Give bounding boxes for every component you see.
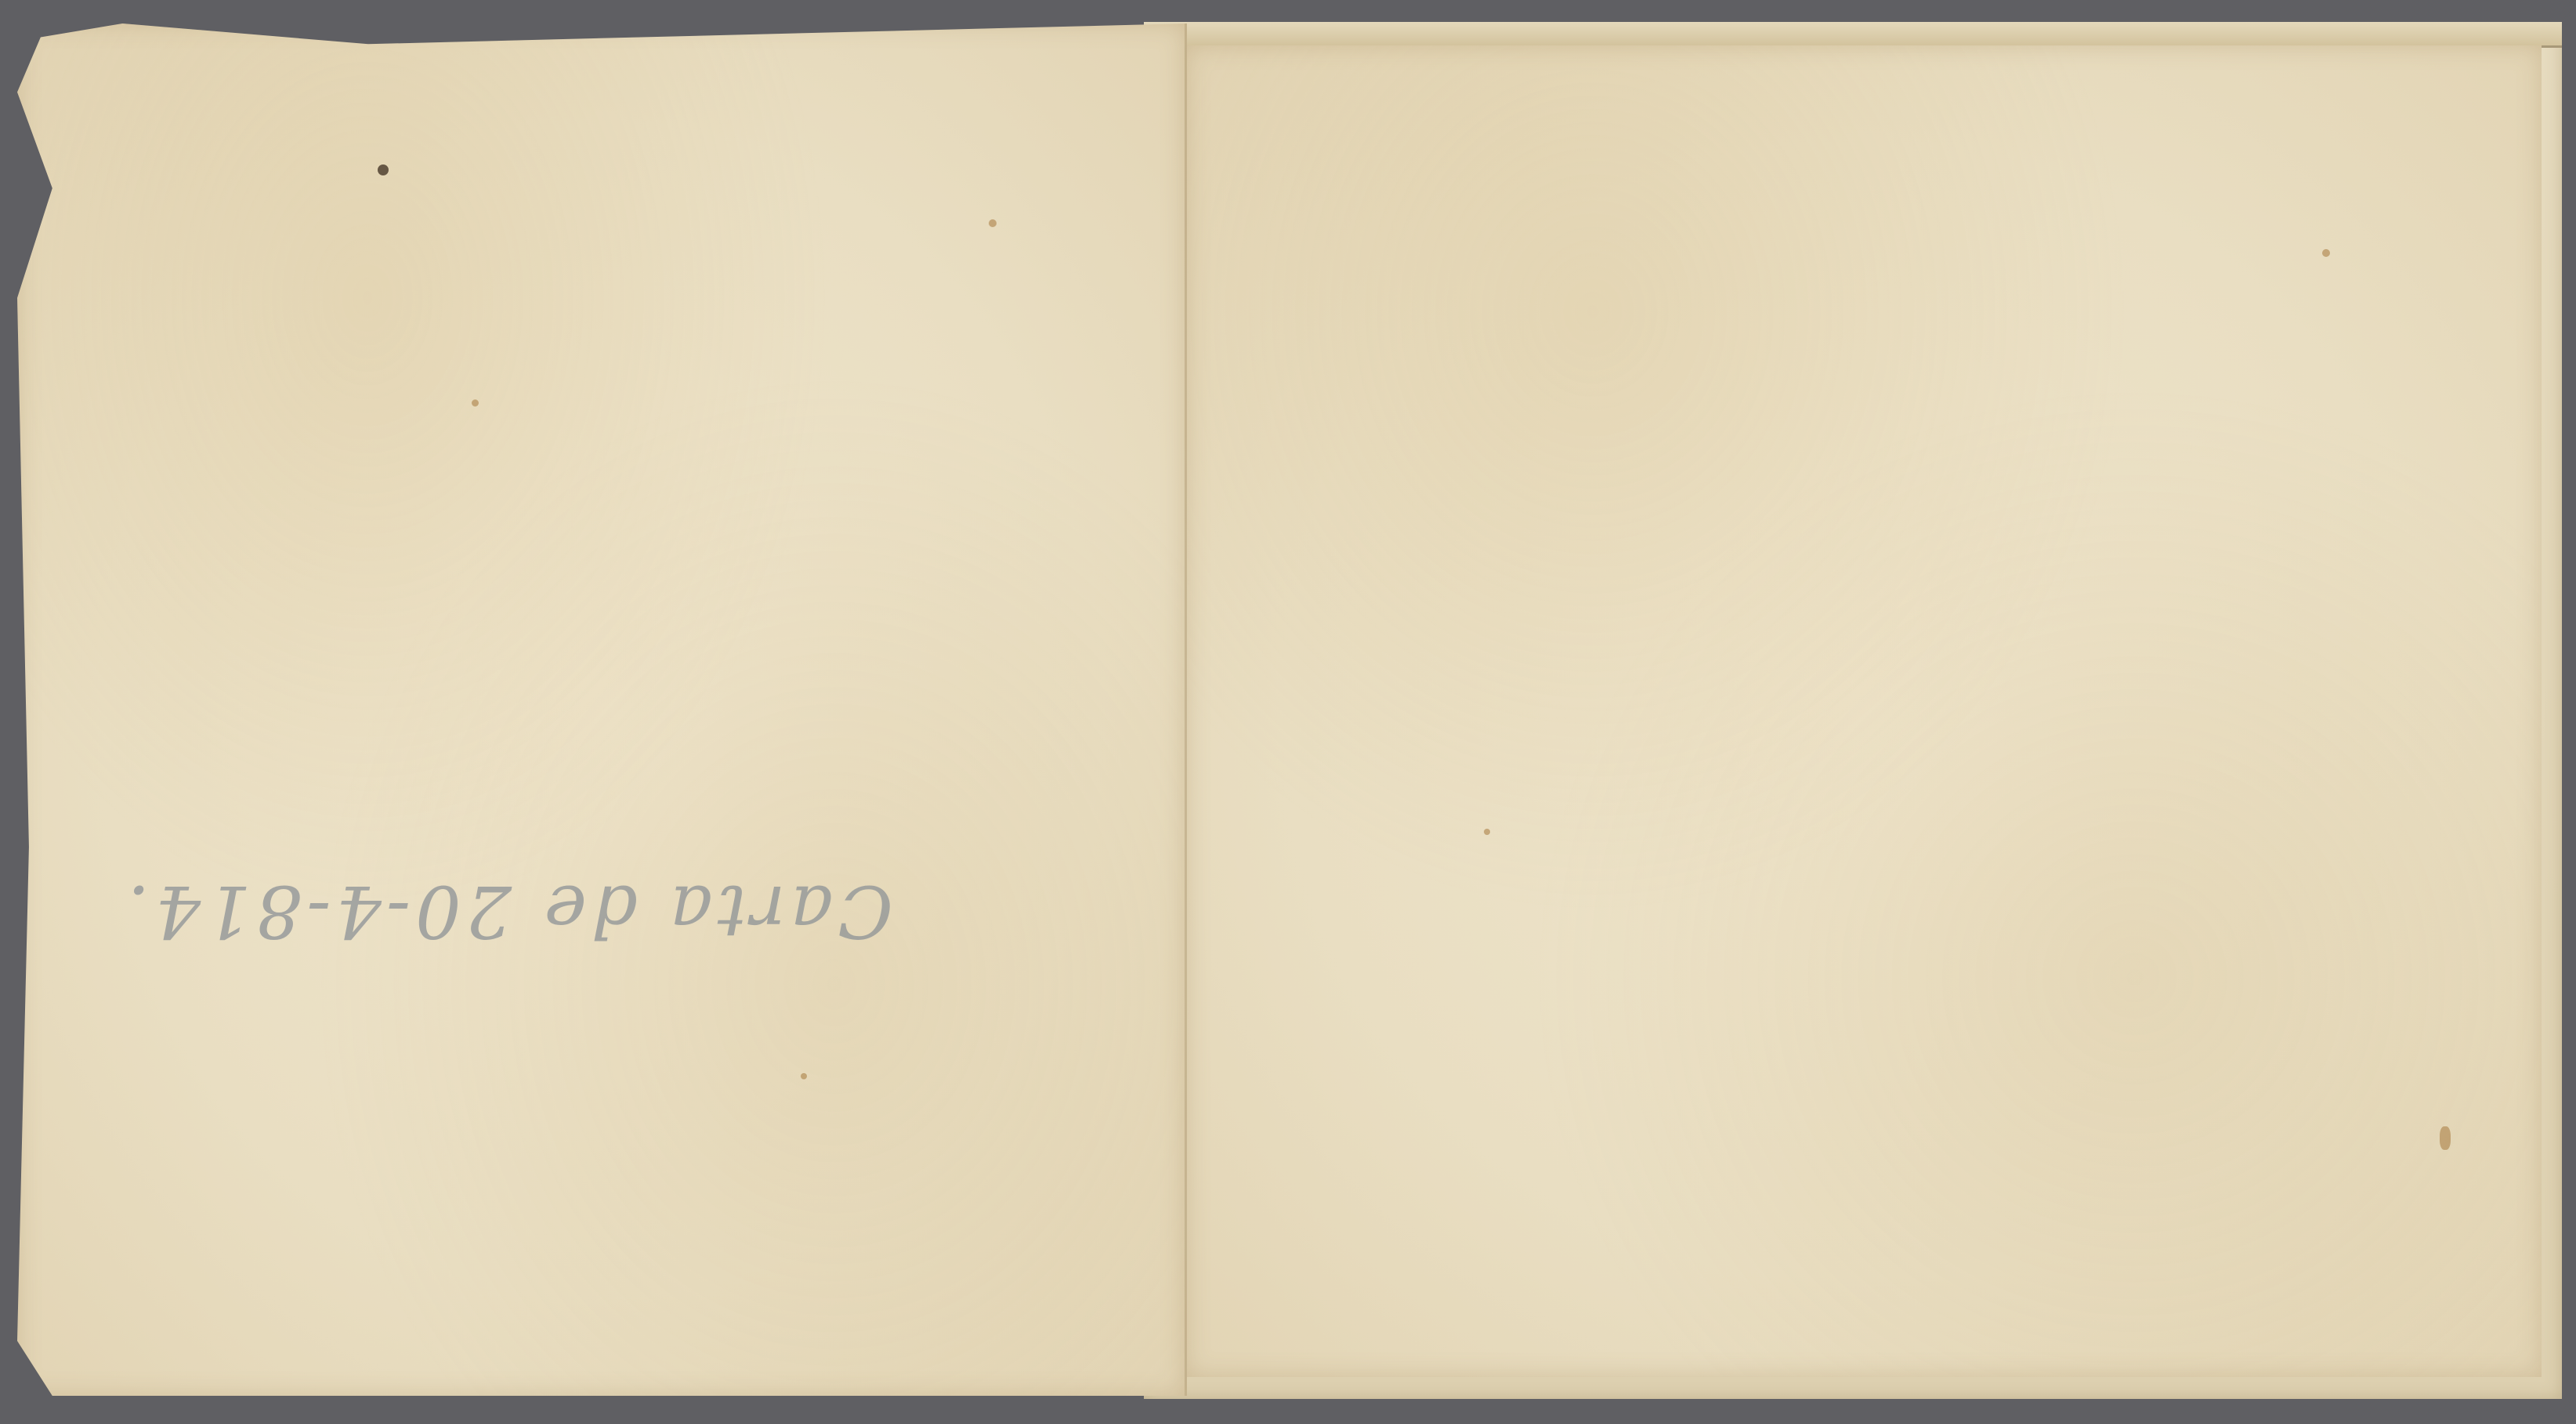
foxing-spot	[1484, 829, 1490, 835]
foxing-spot	[472, 399, 479, 407]
letter-left-panel	[17, 23, 1187, 1396]
foxing-spot	[989, 219, 997, 227]
foxing-spot	[2440, 1126, 2451, 1150]
pencil-annotation: Carta de 20-4-814.	[141, 869, 893, 953]
foxing-spot	[801, 1073, 807, 1079]
foxing-spot	[2322, 249, 2330, 257]
ink-spot	[378, 164, 389, 175]
letter-right-panel	[1183, 45, 2542, 1377]
top-folded-edge	[1144, 22, 2562, 48]
